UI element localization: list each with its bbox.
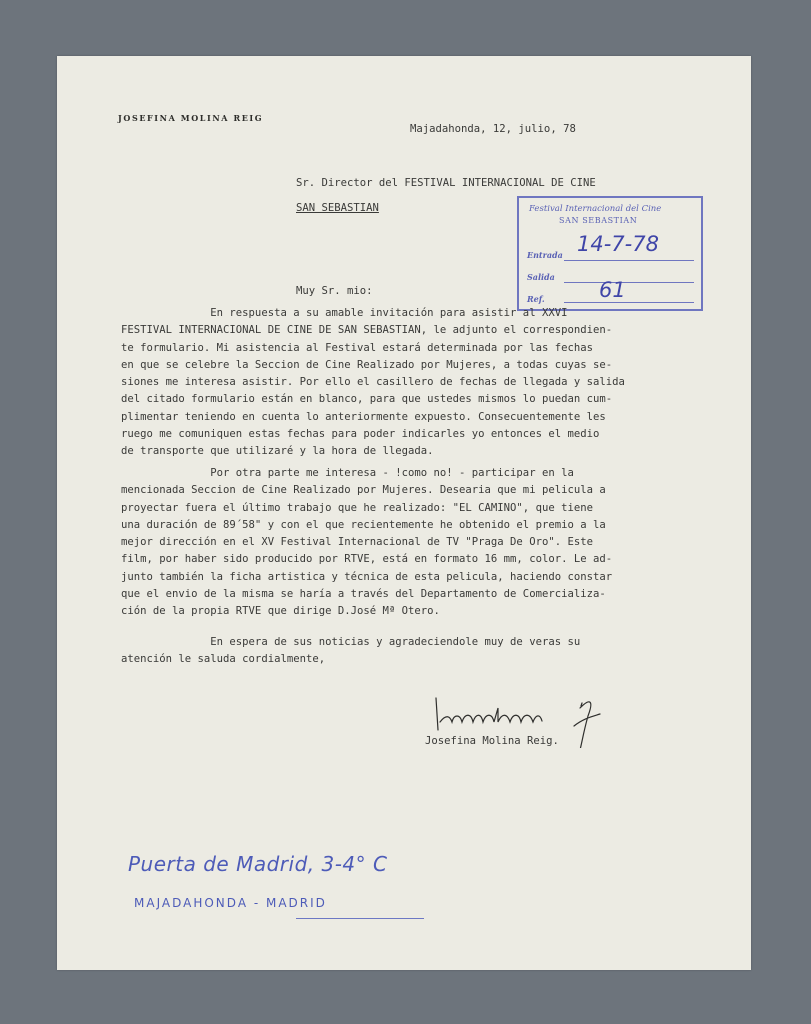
- stamp-entrada-label: Entrada: [527, 250, 563, 260]
- stamp-ref-label: Ref.: [527, 294, 545, 304]
- stamp-salida-label: Salida: [527, 272, 555, 282]
- stamp-ref-value: 61: [599, 278, 626, 302]
- salutation: Muy Sr. mio:: [296, 283, 373, 300]
- recipient-line-1: Sr. Director del FESTIVAL INTERNACIONAL …: [296, 175, 596, 192]
- body-paragraph-1: En respuesta a su amable invitación para…: [121, 305, 625, 461]
- handwritten-underline: [296, 918, 424, 919]
- date-line: Majadahonda, 12, julio, 78: [410, 121, 576, 138]
- stamp-header-2: SAN SEBASTIAN: [559, 216, 637, 225]
- reception-stamp: Festival Internacional del Cine SAN SEBA…: [517, 196, 703, 311]
- body-paragraph-2: Por otra parte me interesa - !como no! -…: [121, 465, 612, 621]
- handwritten-address-line-2: MAJADAHONDA - MADRID: [134, 896, 327, 910]
- stamp-entrada-value: 14-7-78: [577, 232, 659, 256]
- body-paragraph-3: En espera de sus noticias y agradeciendo…: [121, 634, 580, 669]
- signature-name: Josefina Molina Reig.: [425, 733, 559, 750]
- handwritten-address-line-1: Puerta de Madrid, 3-4° C: [128, 852, 387, 876]
- recipient-line-2: SAN SEBASTIAN: [296, 200, 379, 217]
- stamp-header-1: Festival Internacional del Cine: [529, 204, 661, 214]
- stamp-ref-line: [564, 302, 694, 303]
- stamp-salida-line: [564, 282, 694, 283]
- stamp-entrada-line: [564, 260, 694, 261]
- letterhead: JOSEFINA MOLINA REIG: [118, 113, 263, 123]
